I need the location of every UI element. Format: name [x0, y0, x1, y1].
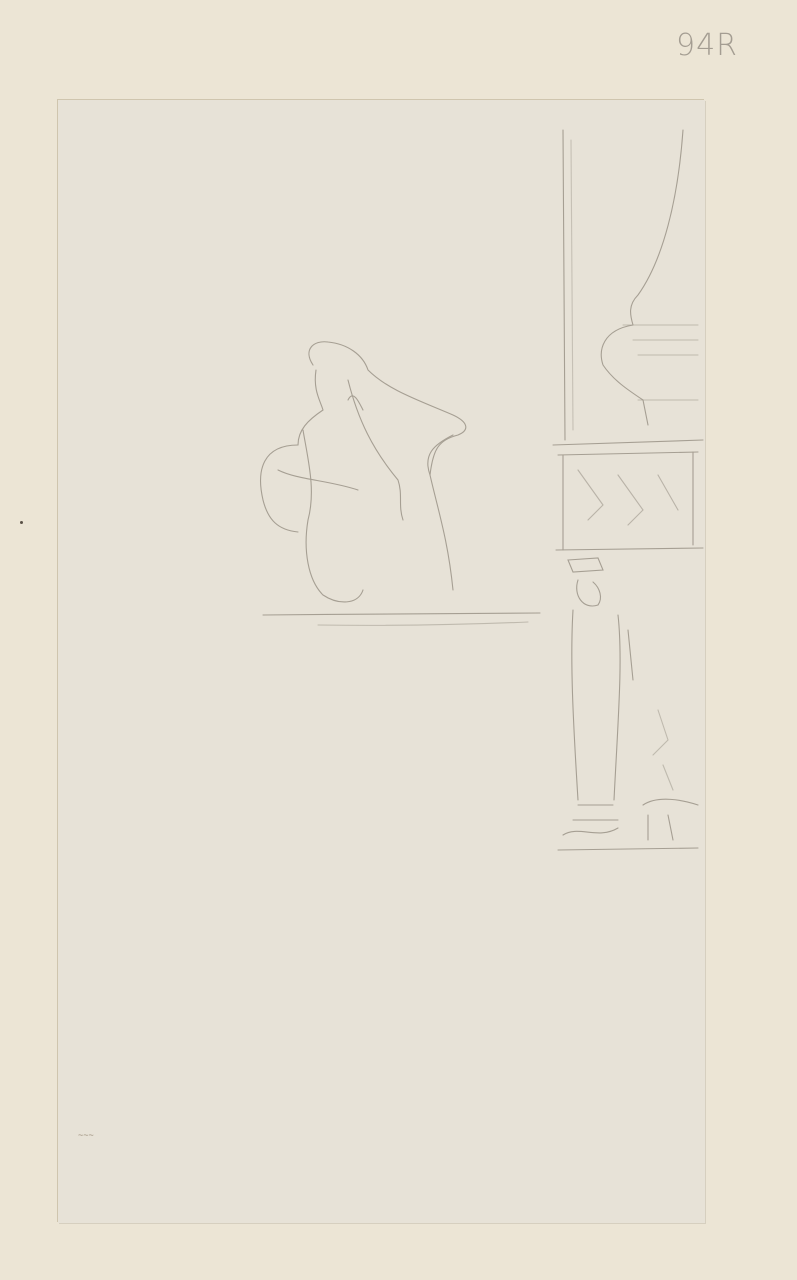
column-sketch — [553, 130, 703, 850]
pencil-sketch — [58, 100, 705, 1223]
corner-mark: ~~~ — [78, 1130, 94, 1140]
folio-number: 94R — [676, 28, 738, 63]
figure-sketch — [261, 342, 466, 602]
ink-speck — [20, 521, 23, 524]
drawing-sheet: ~~~ — [58, 100, 705, 1223]
